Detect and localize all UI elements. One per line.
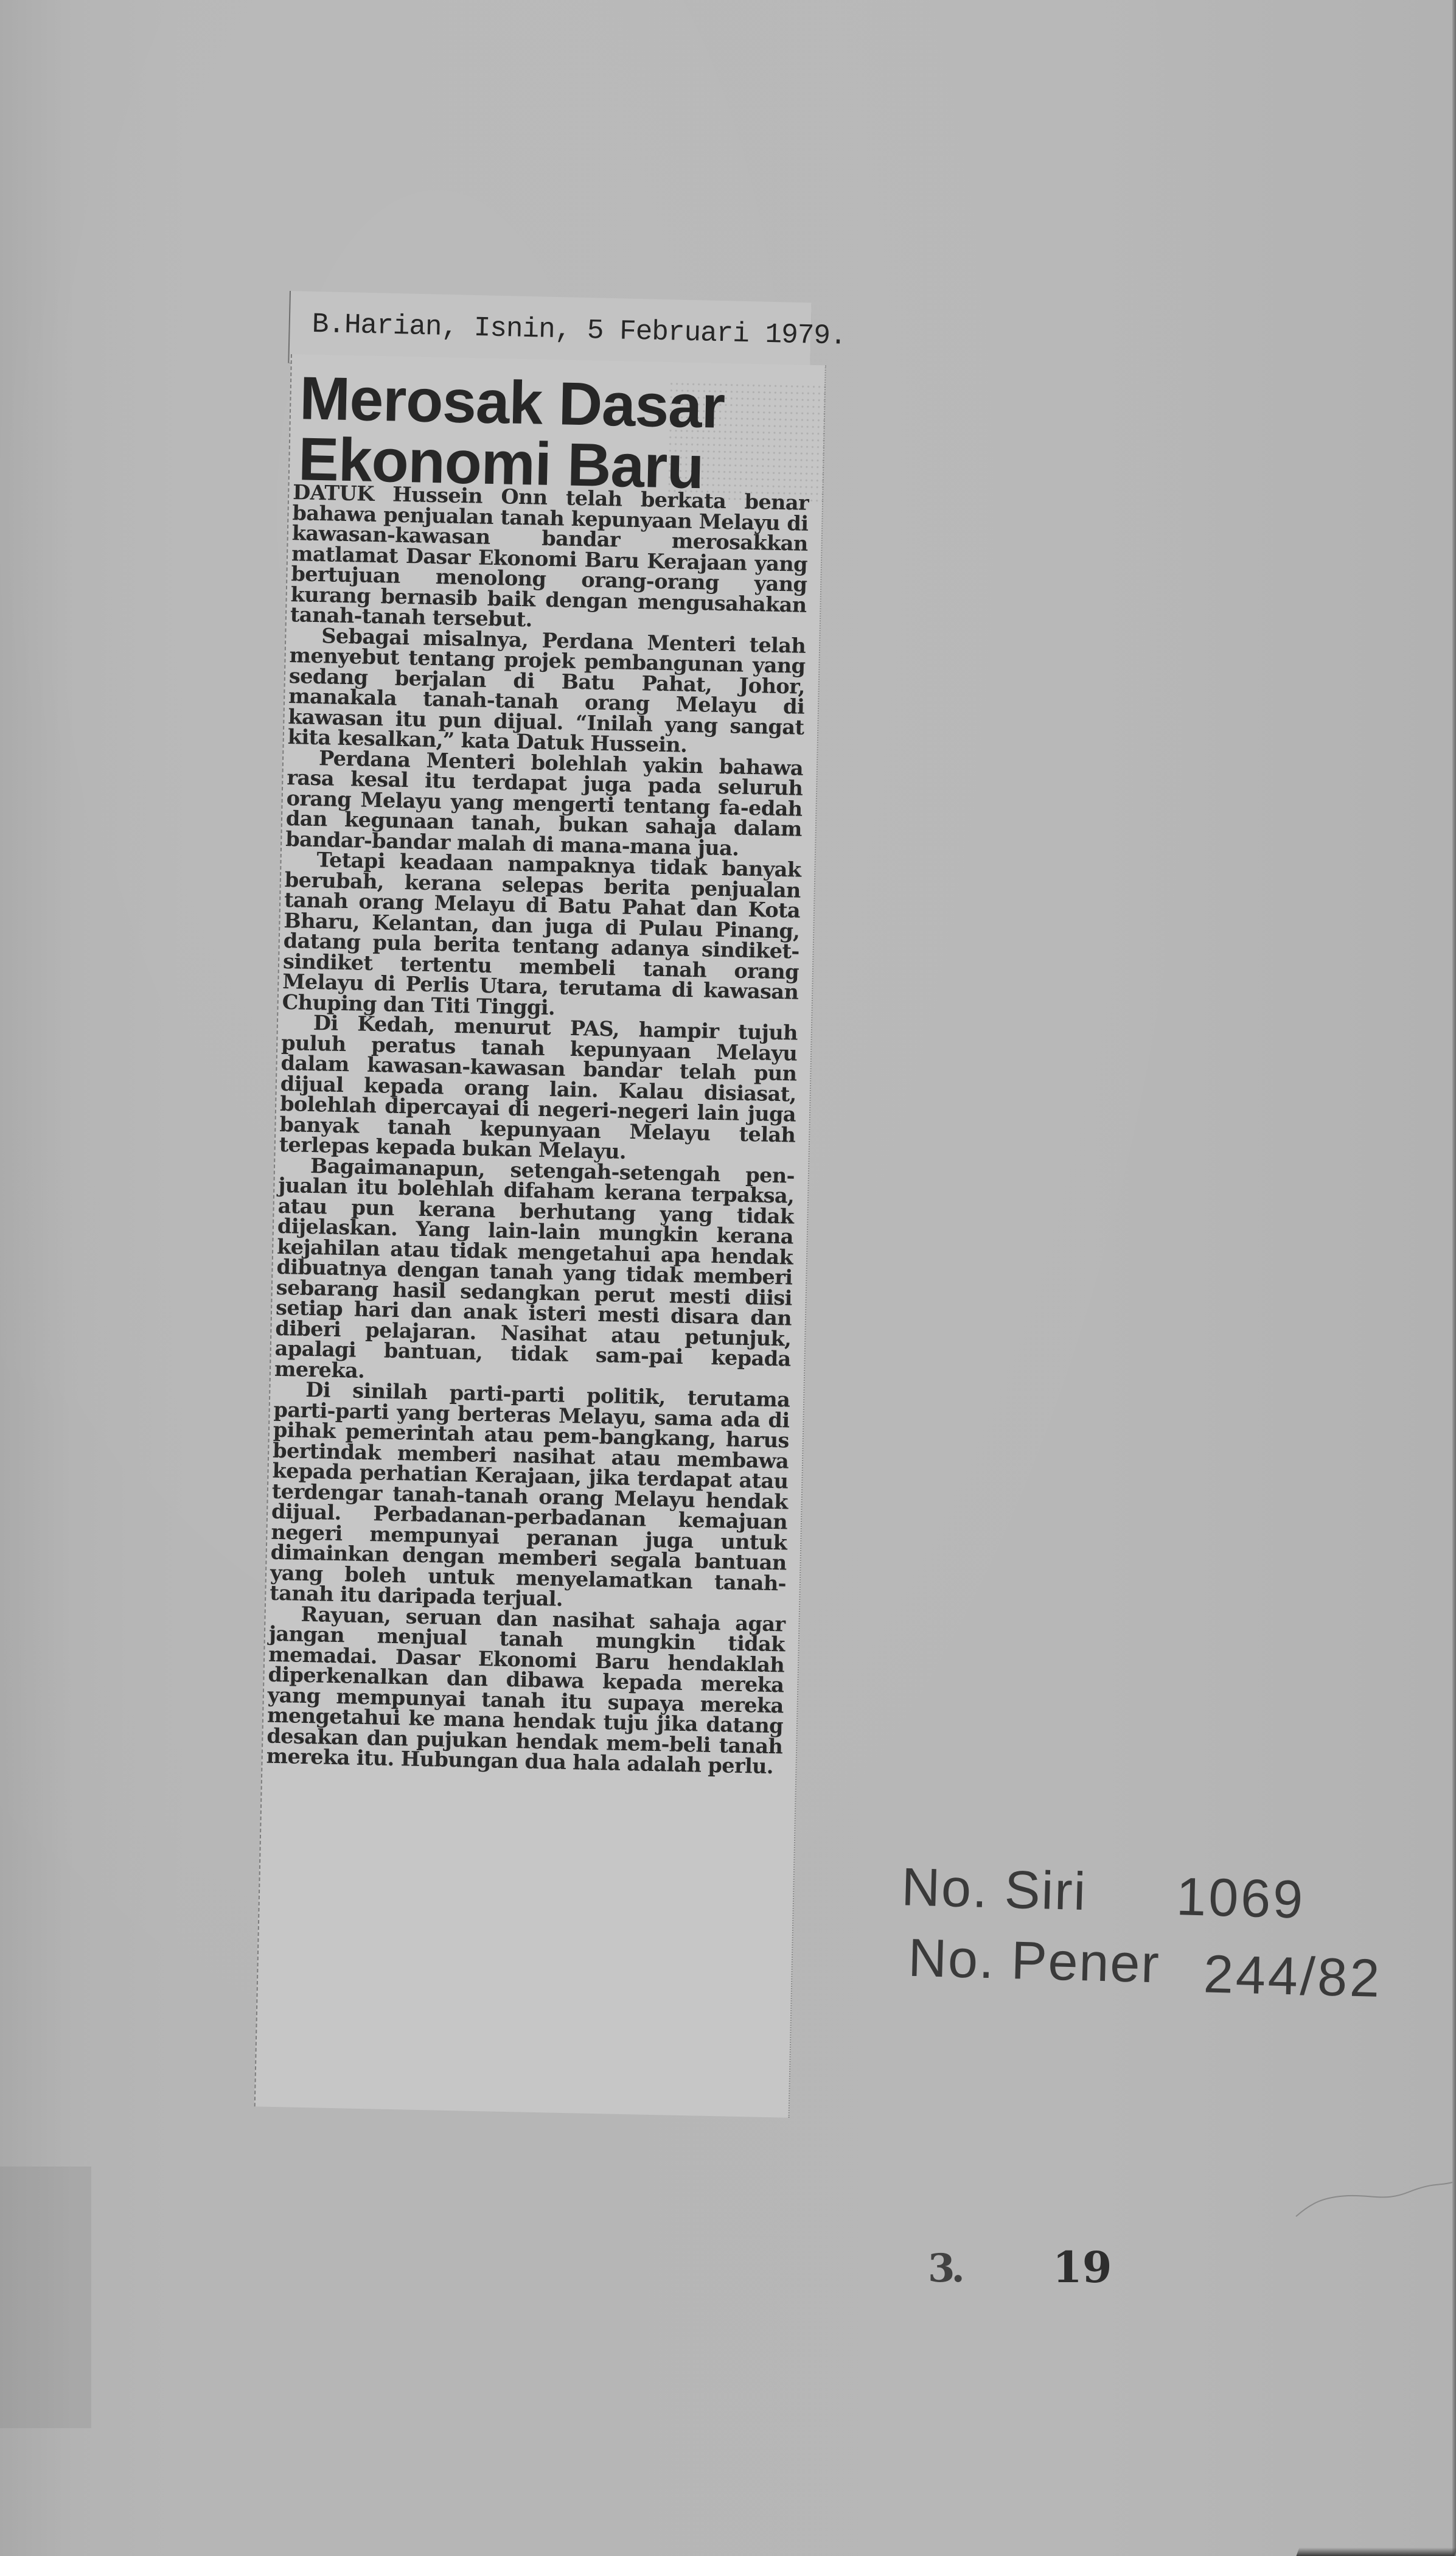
scan-shadow bbox=[0, 2167, 91, 2428]
publication-number-value: 244/82 bbox=[1203, 1943, 1383, 2010]
article-headline: Merosak Dasar Ekonomi Baru bbox=[298, 368, 726, 498]
article-paragraph: Rayuan, seruan dan nasihat sahaja agar j… bbox=[266, 1603, 785, 1777]
publication-number-note: No. Pener 244/82 bbox=[899, 1922, 1399, 2002]
page-edge bbox=[1452, 0, 1456, 2556]
article-paragraph: Sebagai misalnya, Perdana Menteri telah … bbox=[287, 625, 806, 758]
article-paragraph: Tetapi keadaan nampaknya tidak banyak be… bbox=[282, 849, 801, 1023]
stamp-smudge: 3. bbox=[928, 2246, 961, 2291]
page-number: 19 bbox=[1053, 2242, 1112, 2292]
article-paragraph: DATUK Hussein Onn telah berkata benar ba… bbox=[290, 482, 809, 635]
paper-crease bbox=[1293, 2179, 1454, 2221]
article-paragraph: Bagaimanapun, setengah-setengah pen-jual… bbox=[274, 1154, 795, 1389]
serial-number-note: No. Siri 1069 bbox=[900, 1856, 1401, 1935]
newspaper-clipping: Merosak Dasar Ekonomi Baru DATUK Hussein… bbox=[254, 354, 826, 2118]
article-paragraph: Di Kedah, menurut PAS, hampir tujuh pulu… bbox=[279, 1012, 798, 1165]
article-paragraph: Di sinilah parti-parti politik, terutama… bbox=[270, 1379, 790, 1614]
page-corner-shadow bbox=[1296, 2547, 1456, 2556]
article-body: DATUK Hussein Onn telah berkata benar ba… bbox=[266, 482, 809, 1777]
serial-number-label: No. Siri bbox=[900, 1856, 1087, 1922]
handwritten-notes: No. Siri 1069 No. Pener 244/82 bbox=[899, 1856, 1401, 2002]
article-paragraph: Perdana Menteri bolehlah yakin bahawa ra… bbox=[285, 747, 803, 860]
publication-number-label: No. Pener bbox=[907, 1927, 1161, 1996]
source-label-text: B.Harian, Isnin, 5 Februari 1979. bbox=[312, 309, 846, 352]
serial-number-value: 1069 bbox=[1176, 1865, 1306, 1931]
